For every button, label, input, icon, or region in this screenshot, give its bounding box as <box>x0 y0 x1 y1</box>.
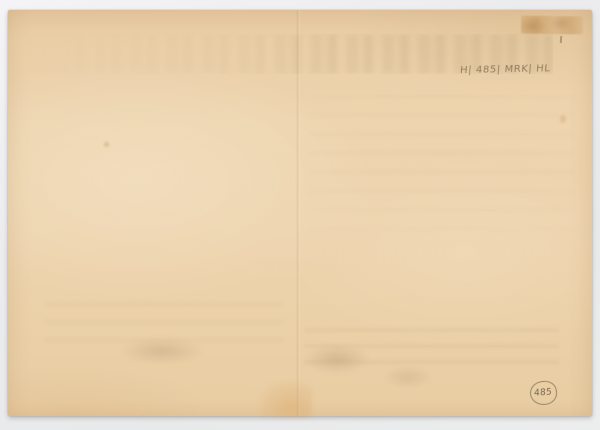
catalogue-number-text: 485 <box>534 387 552 398</box>
tape-residue-stain <box>521 16 583 35</box>
right-edge-spot <box>560 115 566 123</box>
fold-crease <box>296 10 300 416</box>
ghost-text-smudge-right-small <box>384 366 432 388</box>
ghost-text-smudge-right <box>304 344 370 374</box>
bottom-fold-stain <box>260 382 312 418</box>
ghost-text-smudge-left <box>120 338 204 364</box>
photo-backdrop: H| 485| MRK| HL 485 <box>0 0 600 430</box>
ghost-lines-showthrough-left <box>44 302 284 342</box>
paper-sheet: H| 485| MRK| HL 485 <box>8 10 592 416</box>
pencil-inventory-note: H| 485| MRK| HL <box>460 63 571 76</box>
small-foxing-spot <box>104 142 109 147</box>
ghost-paragraph-showthrough-right <box>308 94 576 239</box>
